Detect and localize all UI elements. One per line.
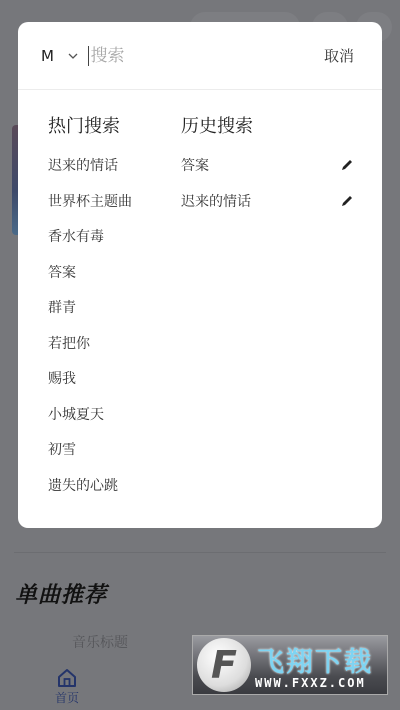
hot-search-item[interactable]: 若把你	[48, 333, 181, 369]
column-header-title: 音乐标题	[72, 632, 128, 652]
watermark-logo-icon: F	[197, 638, 251, 692]
home-icon	[50, 668, 84, 688]
hot-search-item[interactable]: 群青	[48, 297, 181, 333]
hot-search-item[interactable]: 迟来的情话	[48, 155, 181, 191]
tab-home-label: 首页	[50, 689, 84, 706]
watermark-banner: F 飞翔下载 WWW.FXXZ.COM	[192, 635, 388, 695]
hot-search-item[interactable]: 答案	[48, 262, 181, 298]
watermark-title: 飞翔下载	[257, 640, 373, 679]
search-scope-selector[interactable]: M	[41, 47, 54, 65]
history-search-section: 历史搜索 答案 迟来的情话	[181, 112, 382, 510]
history-item-label[interactable]: 迟来的情话	[181, 191, 251, 213]
hot-search-item[interactable]: 小城夏天	[48, 404, 181, 440]
hot-search-title: 热门搜索	[48, 112, 181, 140]
tab-home[interactable]: 首页	[50, 668, 84, 706]
history-item-label[interactable]: 答案	[181, 155, 209, 177]
hot-search-section: 热门搜索 迟来的情话 世界杯主题曲 香水有毒 答案 群青 若把你 赐我 小城夏天…	[18, 112, 181, 510]
pencil-icon[interactable]	[340, 194, 354, 208]
history-search-item[interactable]: 迟来的情话	[181, 191, 354, 227]
bg-divider	[14, 552, 386, 553]
text-cursor	[88, 46, 90, 66]
cancel-button[interactable]: 取消	[324, 45, 354, 66]
watermark-url: WWW.FXXZ.COM	[255, 676, 366, 690]
hot-search-item[interactable]: 初雪	[48, 439, 181, 475]
hot-search-item[interactable]: 遗失的心跳	[48, 475, 181, 511]
hot-search-item[interactable]: 世界杯主题曲	[48, 191, 181, 227]
history-search-title: 历史搜索	[181, 112, 354, 140]
hot-search-item[interactable]: 赐我	[48, 368, 181, 404]
search-input[interactable]	[90, 46, 324, 66]
pencil-icon[interactable]	[340, 158, 354, 172]
hot-search-item[interactable]: 香水有毒	[48, 226, 181, 262]
search-modal: M 取消 热门搜索 迟来的情话 世界杯主题曲 香水有毒 答案 群青 若把你 赐我…	[18, 22, 382, 528]
search-bar: M 取消	[18, 22, 382, 90]
section-title-single-recommend: 单曲推荐	[15, 578, 107, 609]
chevron-down-icon[interactable]	[68, 53, 78, 59]
history-search-item[interactable]: 答案	[181, 155, 354, 191]
